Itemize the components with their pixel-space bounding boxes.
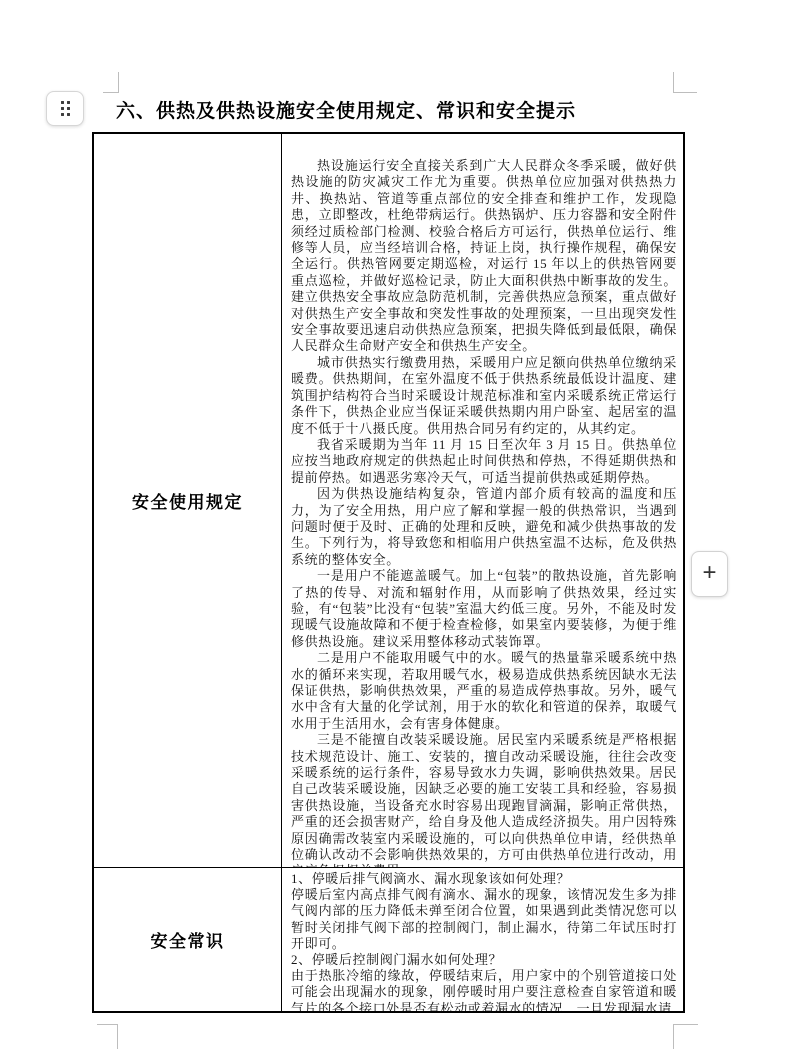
row-label: 安全常识: [151, 927, 225, 952]
table-row-safety-usage-rules: 安全使用规定 热设施运行安全直接关系到广大人民群众冬季采暖，做好供热设施的防灾减…: [94, 134, 683, 868]
plus-icon: +: [702, 561, 716, 585]
content-table: 安全使用规定 热设施运行安全直接关系到广大人民群众冬季采暖，做好供热设施的防灾减…: [92, 132, 685, 1013]
row-content-cell: 1、停暖后排气阀滴水、漏水现象该如何处理？停暖后室内高点排气阀有滴水、漏水的现象…: [282, 868, 683, 1011]
paragraph: 热设施运行安全直接关系到广大人民群众冬季采暖，做好供热设施的防灾减灾工作尤为重要…: [291, 158, 677, 355]
margin-crop-mark-top-right: [673, 72, 697, 93]
row-header-cell: 安全常识: [94, 868, 282, 1011]
row-content-cell: 热设施运行安全直接关系到广大人民群众冬季采暖，做好供热设施的防灾减灾工作尤为重要…: [282, 134, 683, 867]
drag-handle-button[interactable]: [46, 91, 84, 126]
row-label: 安全使用规定: [132, 488, 243, 513]
margin-crop-mark-top-left: [103, 72, 119, 93]
paragraph: 二是用户不能取用暖气中的水。暖气的热量靠采暖系统中热水的循环来实现，若取用暖气水…: [291, 650, 677, 732]
grid-dots-icon: [61, 101, 70, 116]
margin-crop-mark-bottom-right: [673, 1024, 698, 1049]
add-button[interactable]: +: [691, 551, 728, 597]
paragraph: 因为供热设施结构复杂，管道内部介质有较高的温度和压力，为了安全用热，用户应了解和…: [291, 486, 677, 568]
paragraph: 城市供热实行缴费用热，采暖用户应足额向供热单位缴纳采暖费。供热期间，在室外温度不…: [291, 355, 677, 437]
page-title: 六、供热及供热设施安全使用规定、常识和安全提示: [116, 96, 576, 123]
table-row-safety-common-sense: 安全常识 1、停暖后排气阀滴水、漏水现象该如何处理？停暖后室内高点排气阀有滴水、…: [94, 868, 683, 1011]
paragraph: 一是用户不能遮盖暖气。加上“包装”的散热设施，首先影响了热的传导、对流和辐射作用…: [291, 568, 677, 650]
paragraph: 由于热胀冷缩的缘故，停暖结束后，用户家中的个别管道接口处可能会出现漏水的现象，刚…: [291, 968, 677, 1011]
paragraph: 1、停暖后排气阀滴水、漏水现象该如何处理？: [291, 871, 677, 887]
paragraph: 我省采暖期为当年 11 月 15 日至次年 3 月 15 日。供热单位应按当地政…: [291, 437, 677, 486]
paragraph: 停暖后室内高点排气阀有滴水、漏水的现象，该情况发生多为排气阀内部的压力降低未弹至…: [291, 887, 677, 952]
row-header-cell: 安全使用规定: [94, 134, 282, 867]
paragraph: 三是不能擅自改装采暖设施。居民室内采暖系统是严格根据技术规范设计、施工、安装的，…: [291, 732, 677, 867]
margin-crop-mark-bottom-left: [97, 1024, 118, 1049]
paragraph: 2、停暖后控制阀门漏水如何处理？: [291, 952, 677, 968]
document-page: 六、供热及供热设施安全使用规定、常识和安全提示 安全使用规定 热设施运行安全直接…: [0, 0, 792, 1056]
